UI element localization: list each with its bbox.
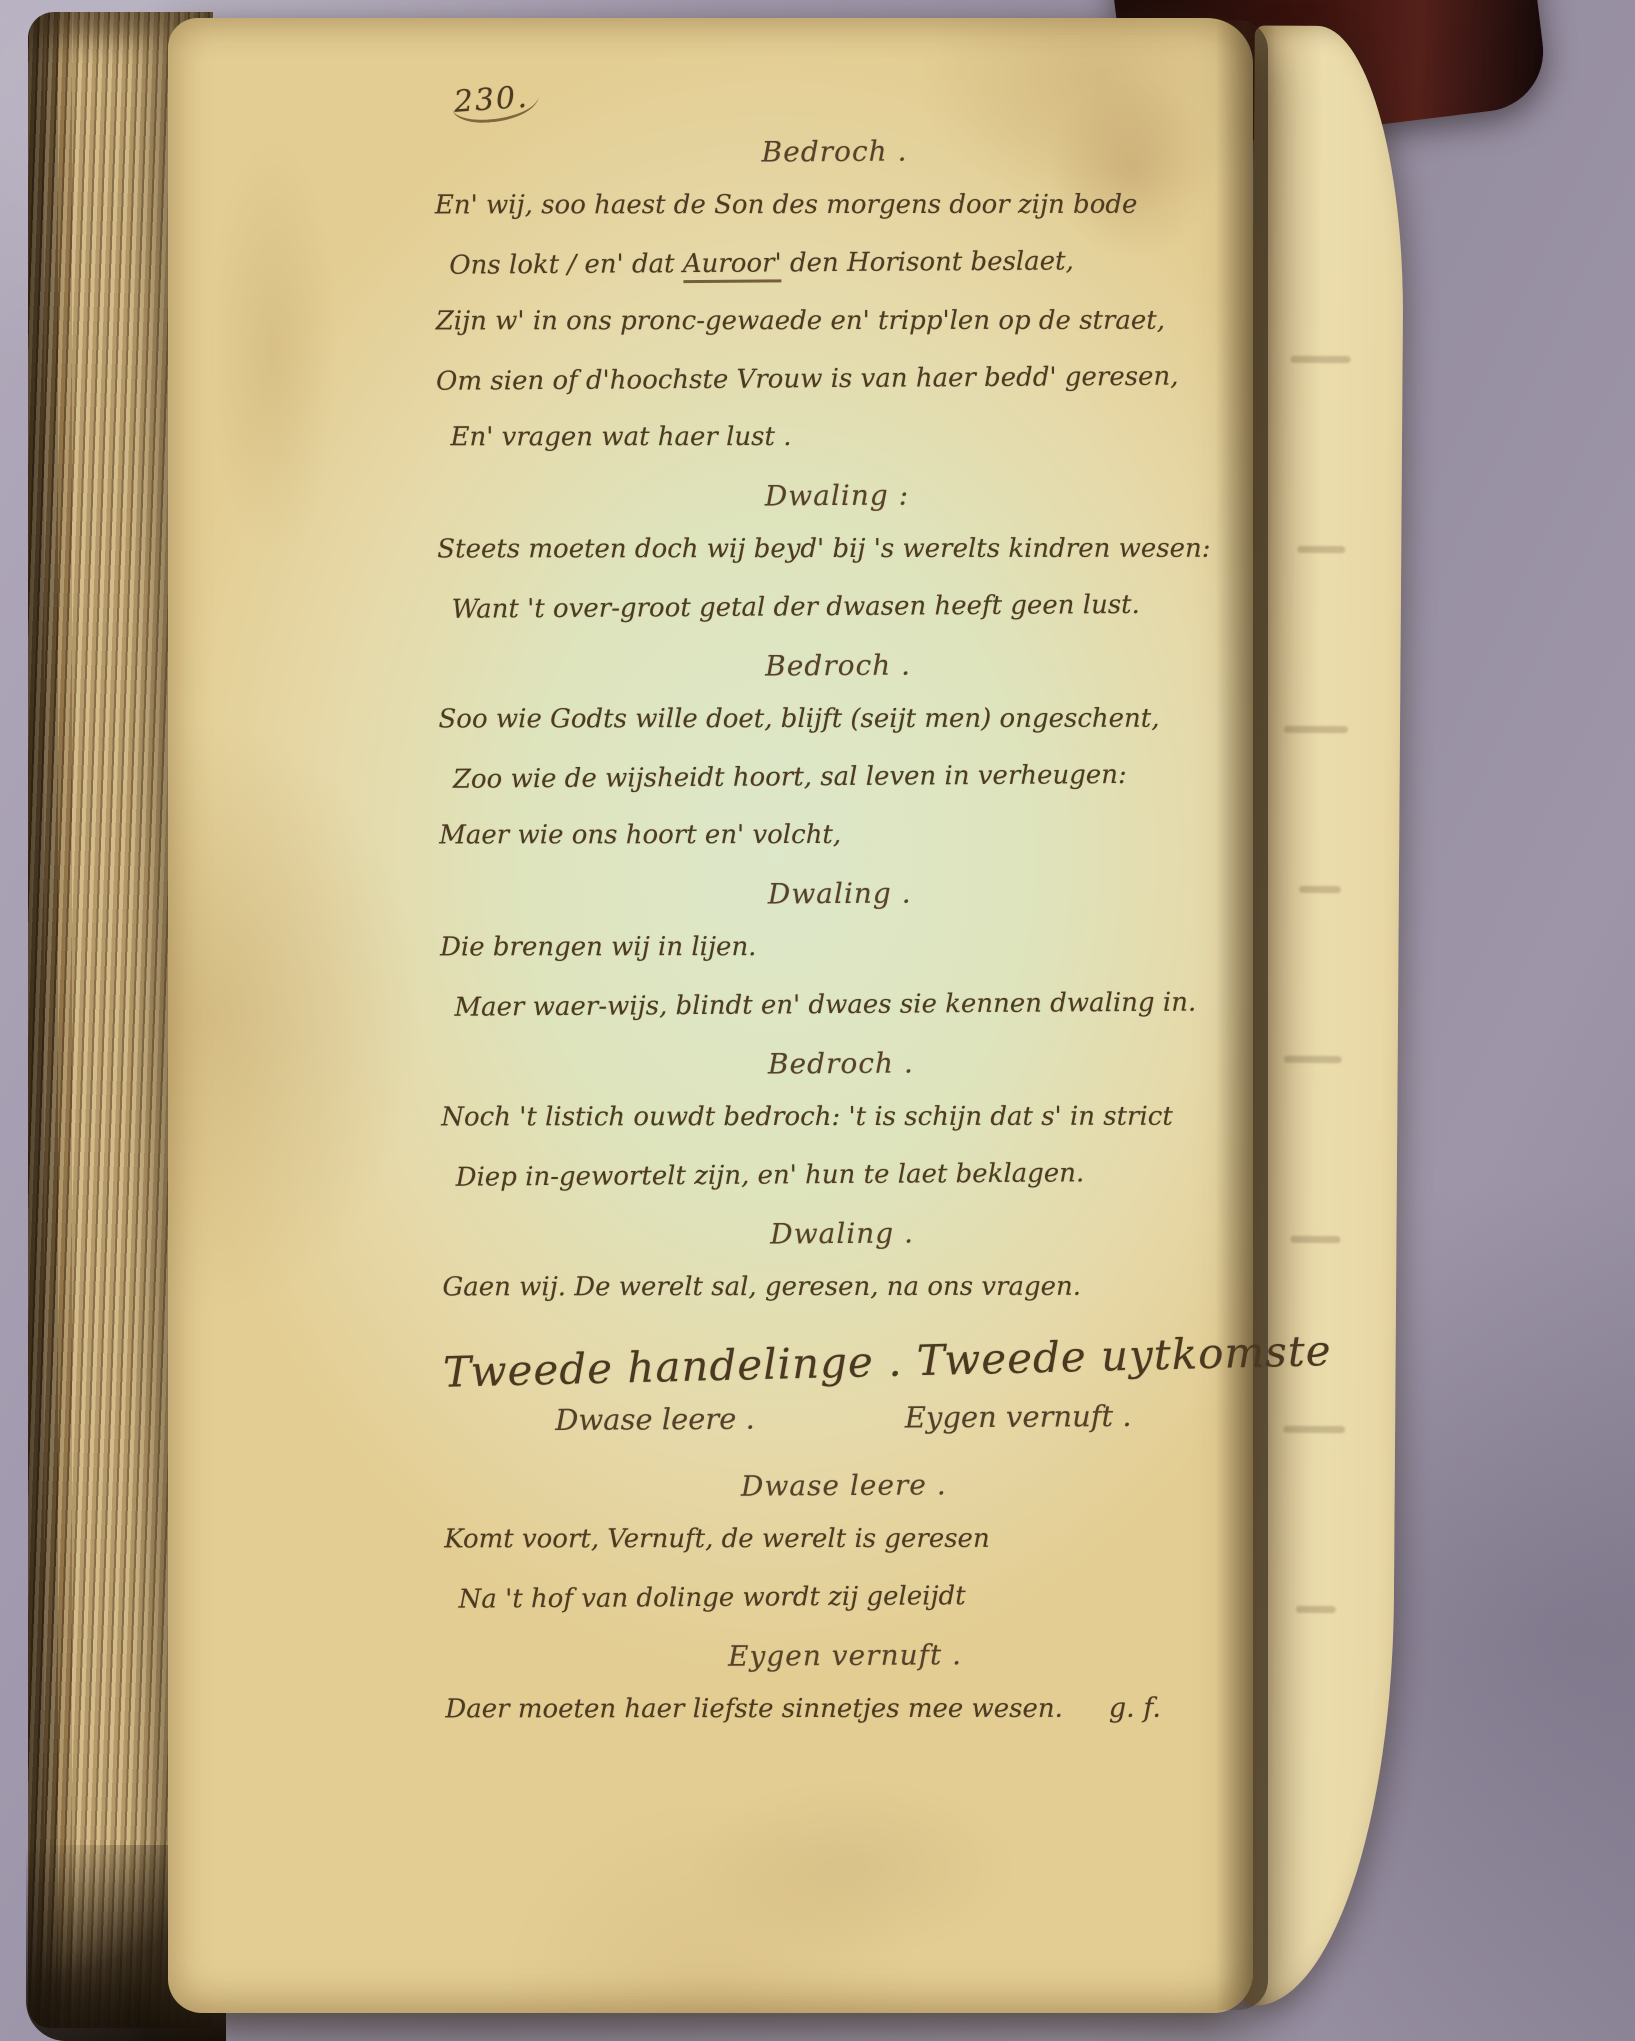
handwritten-text-block: Bedroch .En' wij, soo haest de Son des m… <box>434 125 1245 1747</box>
verse-line: Noch 't listich ouwdt bedroch: 't is sch… <box>441 1088 1241 1147</box>
paper-stain <box>688 1778 1018 1958</box>
underlined-word: Auroor' <box>683 248 782 283</box>
speaker-heading: Dwaling : <box>437 469 1237 523</box>
verse-line: Maer waer-wijs, blindt en' dwaes sie ken… <box>454 973 1240 1036</box>
dialogue-section: Bedroch .En' wij, soo haest de Son des m… <box>434 125 1236 469</box>
verse-line: Daer moeten haer liefste sinnetjes mee w… <box>445 1680 1245 1739</box>
dialogue-section: Dwaling .Gaen wij. De werelt sal, gerese… <box>442 1207 1243 1319</box>
speaker-heading: Bedroch . <box>438 639 1238 693</box>
verse-line: Maer wie ons hoort en' volcht, <box>439 806 1239 865</box>
verse-line: Gaen wij. De werelt sal, geresen, na ons… <box>442 1258 1242 1317</box>
speaker-heading: Eygen vernuft . <box>445 1629 1245 1683</box>
speaker-heading: Dwaling . <box>440 867 1240 921</box>
verse-line: Komt voort, Vernuft, de werelt is gerese… <box>444 1510 1244 1569</box>
verse-line: Ons lokt / en' dat Auroor' den Horisont … <box>449 231 1235 294</box>
verse-fragment: den Horisont beslaet, <box>782 246 1074 278</box>
speaker-heading: Dwase leere . <box>444 1459 1244 1513</box>
verse-line: Zoo wie de wijsheidt hoort, sal leven in… <box>453 745 1239 808</box>
verse-line: Die brengen wij in lijen. <box>440 918 1240 977</box>
scribe-initials: g. f. <box>1109 1693 1161 1724</box>
dialogue-section: Dwaling .Die brengen wij in lijen.Maer w… <box>440 867 1241 1037</box>
verse-fragment: Daer moeten haer liefste sinnetjes mee w… <box>445 1694 1063 1725</box>
speaker-heading: Dwaling . <box>442 1207 1242 1261</box>
verse-line: En' vragen wat haer lust . <box>450 408 1236 467</box>
speaker-heading: Bedroch . <box>434 125 1234 179</box>
dialogue-section: Bedroch .Noch 't listich ouwdt bedroch: … <box>441 1037 1242 1207</box>
verse-line: Want 't over-groot getal der dwasen heef… <box>452 575 1238 638</box>
cast-left: Dwase leere . <box>555 1395 755 1444</box>
verse-line: Om sien of d'hoochste Vrouw is van haer … <box>436 347 1236 411</box>
verse-line: Diep in-gewortelt zijn, en' hun te laet … <box>455 1143 1241 1206</box>
dialogue-section: Eygen vernuft .Daer moeten haer liefste … <box>445 1629 1246 1741</box>
dialogue-section: Dwase leere .Komt voort, Vernuft, de wer… <box>444 1459 1245 1629</box>
photograph-of-manuscript: 230. Bedroch .En' wij, soo haest de Son … <box>0 0 1635 2041</box>
act-heading-block: Tweede handelinge . Tweede uytkomsteDwas… <box>443 1329 1244 1445</box>
paper-stain <box>208 138 338 558</box>
verse-line: Soo wie Godts wille doet, blijft (seijt … <box>438 690 1238 749</box>
dialogue-section: Bedroch .Soo wie Godts wille doet, blijf… <box>438 639 1240 867</box>
dialogue-section: Dwaling :Steets moeten doch wij beyd' bi… <box>437 469 1238 639</box>
verse-fragment: Ons lokt / en' dat <box>449 249 683 281</box>
verse-line: Zijn w' in ons pronc-gewaede en' tripp'l… <box>436 292 1236 351</box>
verse-line: Na 't hof van dolinge wordt zij geleijdt <box>458 1565 1244 1628</box>
verse-line: En' wij, soo haest de Son des morgens do… <box>435 176 1235 235</box>
verse-line: Steets moeten doch wij beyd' bij 's were… <box>437 520 1237 579</box>
speaker-heading: Bedroch . <box>441 1037 1241 1091</box>
cast-right: Eygen vernuft . <box>905 1392 1132 1442</box>
